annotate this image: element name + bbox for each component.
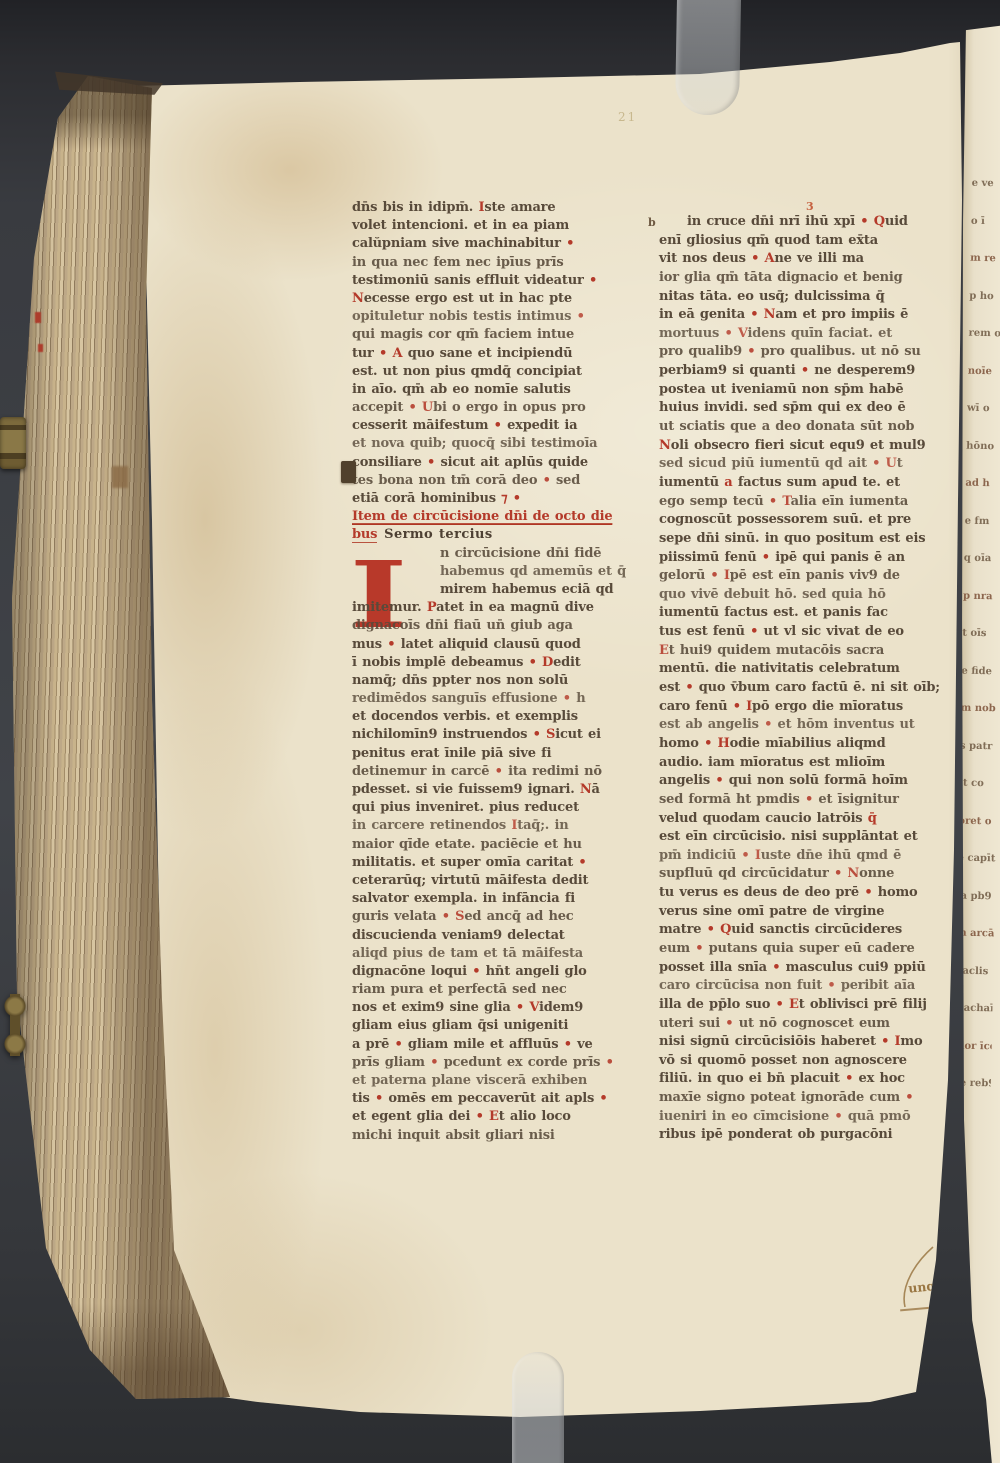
text-line: mus • latet aliquid clausū quod — [352, 637, 652, 655]
text-line: nos et exim9 sine glia • Videm9 — [352, 1000, 652, 1018]
text-line: mirem habemus eciā qd — [352, 582, 652, 600]
text-line: guris velata • Sed ancq̄ ad hec — [352, 909, 652, 927]
next-leaf-fragment: it co — [958, 778, 997, 816]
text-line: in qua nec fem nec ipīus prīs — [352, 255, 652, 273]
text-line: piissimū fenū • ipē qui panis ē an — [659, 550, 965, 569]
left-column: dn̄s bis in idipm̄. Iste amarevolet inte… — [352, 200, 652, 1146]
text-line: prīs gliam • pcedunt ex corde prīs • — [352, 1055, 652, 1073]
text-line: tus est fenū • ut vl sic vivat de eo — [659, 624, 965, 643]
text-line: illa de pp̄lo suo • Et oblivisci prē fil… — [659, 997, 965, 1016]
text-line: verus sine omī patre de virgine — [659, 904, 965, 923]
text-line: salvator exempla. in infāncia fi — [352, 891, 652, 909]
text-line: tur • A quo sane et incipiendū — [352, 346, 652, 364]
text-line: nitas tāta. eo usq̄; dulcissima q̄ — [659, 289, 965, 308]
red-edge-fleck — [35, 312, 41, 323]
next-leaf-fragment: plor īco — [953, 1040, 992, 1078]
next-leaf-fragment: ad h — [965, 478, 1000, 516]
text-line: a prē • gliam mile et affluūs • ve — [352, 1037, 652, 1055]
text-line: n circūcisione dn̄i fidē — [352, 546, 652, 564]
next-leaf-fragment: e fide — [961, 665, 1000, 703]
next-leaf-fragment: de reb9 — [952, 1078, 991, 1116]
text-line: pro qualib9 • pro qualibus. ut nō su — [659, 344, 965, 363]
text-line: matre • Quid sanctis circūcideres — [659, 922, 965, 941]
text-line: cognoscūt possessorem suū. et pre — [659, 512, 965, 531]
next-leaf-fragment: o ī — [970, 215, 1000, 253]
text-line: namq̄; dn̄s ppter nos non solū — [352, 673, 652, 691]
next-leaf-fragment: m nob — [960, 703, 999, 741]
text-line: maior qīde etate. paciēcie et hu — [352, 837, 652, 855]
next-leaf-fragment: hōno — [966, 440, 1000, 478]
text-line: riam pura et perfectā sed nec — [352, 982, 652, 1000]
manuscript-photo: e veo īm rep horem onoīewī ohōnoad he … — [0, 0, 1000, 1463]
next-leaf-fragment: q oīa — [963, 553, 1000, 591]
holding-strap-top — [675, 0, 741, 116]
text-line: sepe dn̄i sinū. in quo positum est eis — [659, 531, 965, 550]
text-line: enī gliosius qm̄ quod tam ex̄ta — [659, 233, 965, 252]
text-line: in aīo. qm̄ ab eo nomīe salutis — [352, 382, 652, 400]
text-line: mortuus • Videns quīn faciat. et — [659, 326, 965, 345]
text-line: est • quo v̄bum caro factū ē. ni sit oīb… — [659, 680, 965, 699]
text-line: ceterarūq; virtutū māifesta dedit — [352, 873, 652, 891]
text-line: tu verus es deus de deo prē • homo — [659, 885, 965, 904]
text-line: pm̄ indiciū • Iuste dn̄e ihū qmd ē — [659, 848, 965, 867]
text-line: est. ut non pius qmdq̄ concipiat — [352, 364, 652, 382]
text-line: volet intencioni. et in ea piam — [352, 218, 652, 236]
text-line: accepit • Ubi o ergo in opus pro — [352, 400, 652, 418]
next-leaf-fragment: noīe — [967, 365, 1000, 403]
text-line: huius invidi. sed sp̄m qui ex deo ē — [659, 400, 965, 419]
next-leaf-fragment: s patr — [959, 740, 998, 778]
text-line: nichilomīn9 instruendos • Sicut ei — [352, 727, 652, 745]
text-line: vit nos deus • Ane ve illi ma — [659, 251, 965, 270]
text-line: imitemur. Patet in ea magnū dive — [352, 600, 652, 618]
text-line: et docendos verbis. et exemplis — [352, 709, 652, 727]
interlinear-mark: 3 — [806, 200, 814, 213]
text-line: perbiam9 si quanti • ne desperem9 — [659, 363, 965, 382]
next-leaf-fragment: p ho — [969, 290, 1000, 328]
next-leaf-fragment: naclis — [955, 965, 994, 1003]
folio-mark: 21 — [618, 110, 637, 124]
text-line: dn̄s bis in idipm̄. Iste amare — [352, 200, 652, 218]
text-line: caro circūcisa non fuit • peribit aīa — [659, 978, 965, 997]
text-line: pdesset. si vie fuissem9 ignari. Nā — [352, 782, 652, 800]
text-line: audio. iam mīoratus est mlioīm — [659, 755, 965, 774]
text-line: opituletur nobis testis intimus • — [352, 309, 652, 327]
text-line: in carcere retinendos Itaq̄;. in — [352, 818, 652, 836]
text-line: ī nobis implē debeamus • Dedit — [352, 655, 652, 673]
text-line: ior glia qm̄ tāta dignacio et benig — [659, 270, 965, 289]
text-line: uteri sui • ut nō cognoscet eum — [659, 1016, 965, 1035]
margin-note-flourish — [893, 1243, 945, 1309]
next-leaf-fragment: t oīs — [962, 628, 1000, 666]
text-line: est eīn circūcisio. nisi supplāntat et — [659, 829, 965, 848]
text-line: penitus erat īnile piā sive fi — [352, 746, 652, 764]
holding-strap-bottom — [512, 1352, 564, 1463]
text-line: et egent glia dei • Et alio loco — [352, 1109, 652, 1127]
next-leaf-fragment: ē capīt — [957, 853, 996, 891]
next-leaf-fragment: m arcā — [955, 928, 994, 966]
text-line: velud quodam caucio latrōis q̄ — [659, 811, 965, 830]
text-line: tis • omēs em peccaverūt ait apls • — [352, 1091, 652, 1109]
next-leaf-fragment: oret o — [958, 815, 997, 853]
text-line: homo • Hodie mīabilius aliqmd — [659, 736, 965, 755]
text-line: ribus ipē ponderat ob purgacōni — [659, 1127, 965, 1146]
text-line: detinemur in carcē • ita redimi nō — [352, 764, 652, 782]
next-leaf-fragment: e ve — [971, 178, 1000, 216]
text-line: qui magis cor qm̄ faciem intue — [352, 327, 652, 345]
text-line: eum • putans quia super eū cadere — [659, 941, 965, 960]
text-line: quo vivē debuit hō. sed quia hō — [659, 587, 965, 606]
text-line: discucienda veniam9 delectat — [352, 928, 652, 946]
text-line: postea ut iveniamū non sp̄m habē — [659, 382, 965, 401]
text-line: vō si quomō posset non agnoscere — [659, 1053, 965, 1072]
text-line: posset illa snīa • masculus cui9 ppiū — [659, 960, 965, 979]
text-line: testimoniū sanis effluit videatur • — [352, 273, 652, 291]
text-line: calŭpniam sive machinabitur • — [352, 236, 652, 254]
text-line: ut sciatis que a deo donata sūt nob — [659, 419, 965, 438]
text-line: Necesse ergo est ut in hac pte — [352, 291, 652, 309]
next-leaf-fragment: p nra — [962, 590, 1000, 628]
text-line: gliam eius gliam q̄si unigeniti — [352, 1018, 652, 1036]
next-leaf-fragment: wī o — [966, 403, 1000, 441]
text-line: sed sicud piū iumentū qd ait • Ut — [659, 456, 965, 475]
text-line: filiū. in quo ei bn̄ placuit • ex hoc — [659, 1071, 965, 1090]
text-line: redimēdos sanguīs effusione • h — [352, 691, 652, 709]
text-line: dignacōne loqui • hn̄t angeli glo — [352, 964, 652, 982]
text-line: iumentū a factus sum apud te. et — [659, 475, 965, 494]
text-line: dignacoīs dn̄i fiaū un̄ giub aga — [352, 618, 652, 636]
text-line: sed formā ht pmdis • et īsignitur — [659, 792, 965, 811]
text-line: est ab angelis • et hōm inventus ut — [659, 717, 965, 736]
text-line: et nova quib; quocq̄ sibi testimoīa — [352, 436, 652, 454]
right-column: in cruce dn̄i nrī ihū xpī • Quidenī glio… — [659, 214, 965, 1146]
text-line: iueniri in eo cīmcisione • quā pmō — [659, 1109, 965, 1128]
text-line: mentū. die nativitatis celebratum — [659, 661, 965, 680]
text-line: iumentū factus est. et panis fac — [659, 605, 965, 624]
text-line: in cruce dn̄i nrī ihū xpī • Quid — [659, 214, 965, 233]
text-line: tes bona non tm̄ corā deo • sed — [352, 473, 652, 491]
next-leaf-fragment: y achaī — [954, 1003, 993, 1041]
brass-clasp-upper — [0, 417, 26, 469]
text-line: michi inquit absit gliari nisi — [352, 1128, 652, 1146]
text-line: consiliare • sicut ait aplūs quide — [352, 455, 652, 473]
text-line: in eā genita • Nam et pro impiis ē — [659, 307, 965, 326]
text-line: gelorū • Ipē est eīn panis viv9 de — [659, 568, 965, 587]
text-line: aliqd pius de tam et tā māifesta — [352, 946, 652, 964]
next-leaf-fragment: m re — [969, 253, 1000, 291]
next-leaf-fragment: rem o — [968, 328, 1000, 366]
text-line: habemus qd amemūs et q̄ — [352, 564, 652, 582]
text-line: Item de circūcisione dn̄i de octo die — [352, 509, 652, 527]
text-line: etiā corā hominibus ⁊ • — [352, 491, 652, 509]
next-leaf-fragment: la pb9 — [956, 890, 995, 928]
brass-clasp-lower — [2, 994, 28, 1056]
text-line: caro fenū • Ipō ergo die mīoratus — [659, 699, 965, 718]
cover-corner-leather — [55, 69, 163, 95]
red-edge-fleck — [38, 344, 43, 352]
text-line: angelis • qui non solū formā hoīm — [659, 773, 965, 792]
text-line: supfluū qd circūcidatur • Nonne — [659, 866, 965, 885]
text-line: qui pius inveniret. pius reducet — [352, 800, 652, 818]
text-line: Et hui9 quidem mutacōis sacra — [659, 643, 965, 662]
text-line: bus Sermo tercius — [352, 527, 652, 545]
text-line: militatis. et super omīa caritat • — [352, 855, 652, 873]
text-line: maxīe signo poteat ignorāde cum • — [659, 1090, 965, 1109]
text-line: cesserit māifestum • expedit ia — [352, 418, 652, 436]
text-line: Noli obsecro fieri sicut equ9 et mul9 — [659, 438, 965, 457]
text-line: ego semp tecū • Talia eīn iumenta — [659, 494, 965, 513]
next-leaf-fragment: e fm — [964, 515, 1000, 553]
text-line: et paterna plane viscerā exhiben — [352, 1073, 652, 1091]
fore-edge-notch — [112, 466, 128, 488]
text-line: nisi signū circūcisiōis haberet • Imo — [659, 1034, 965, 1053]
page-tab — [341, 461, 356, 483]
